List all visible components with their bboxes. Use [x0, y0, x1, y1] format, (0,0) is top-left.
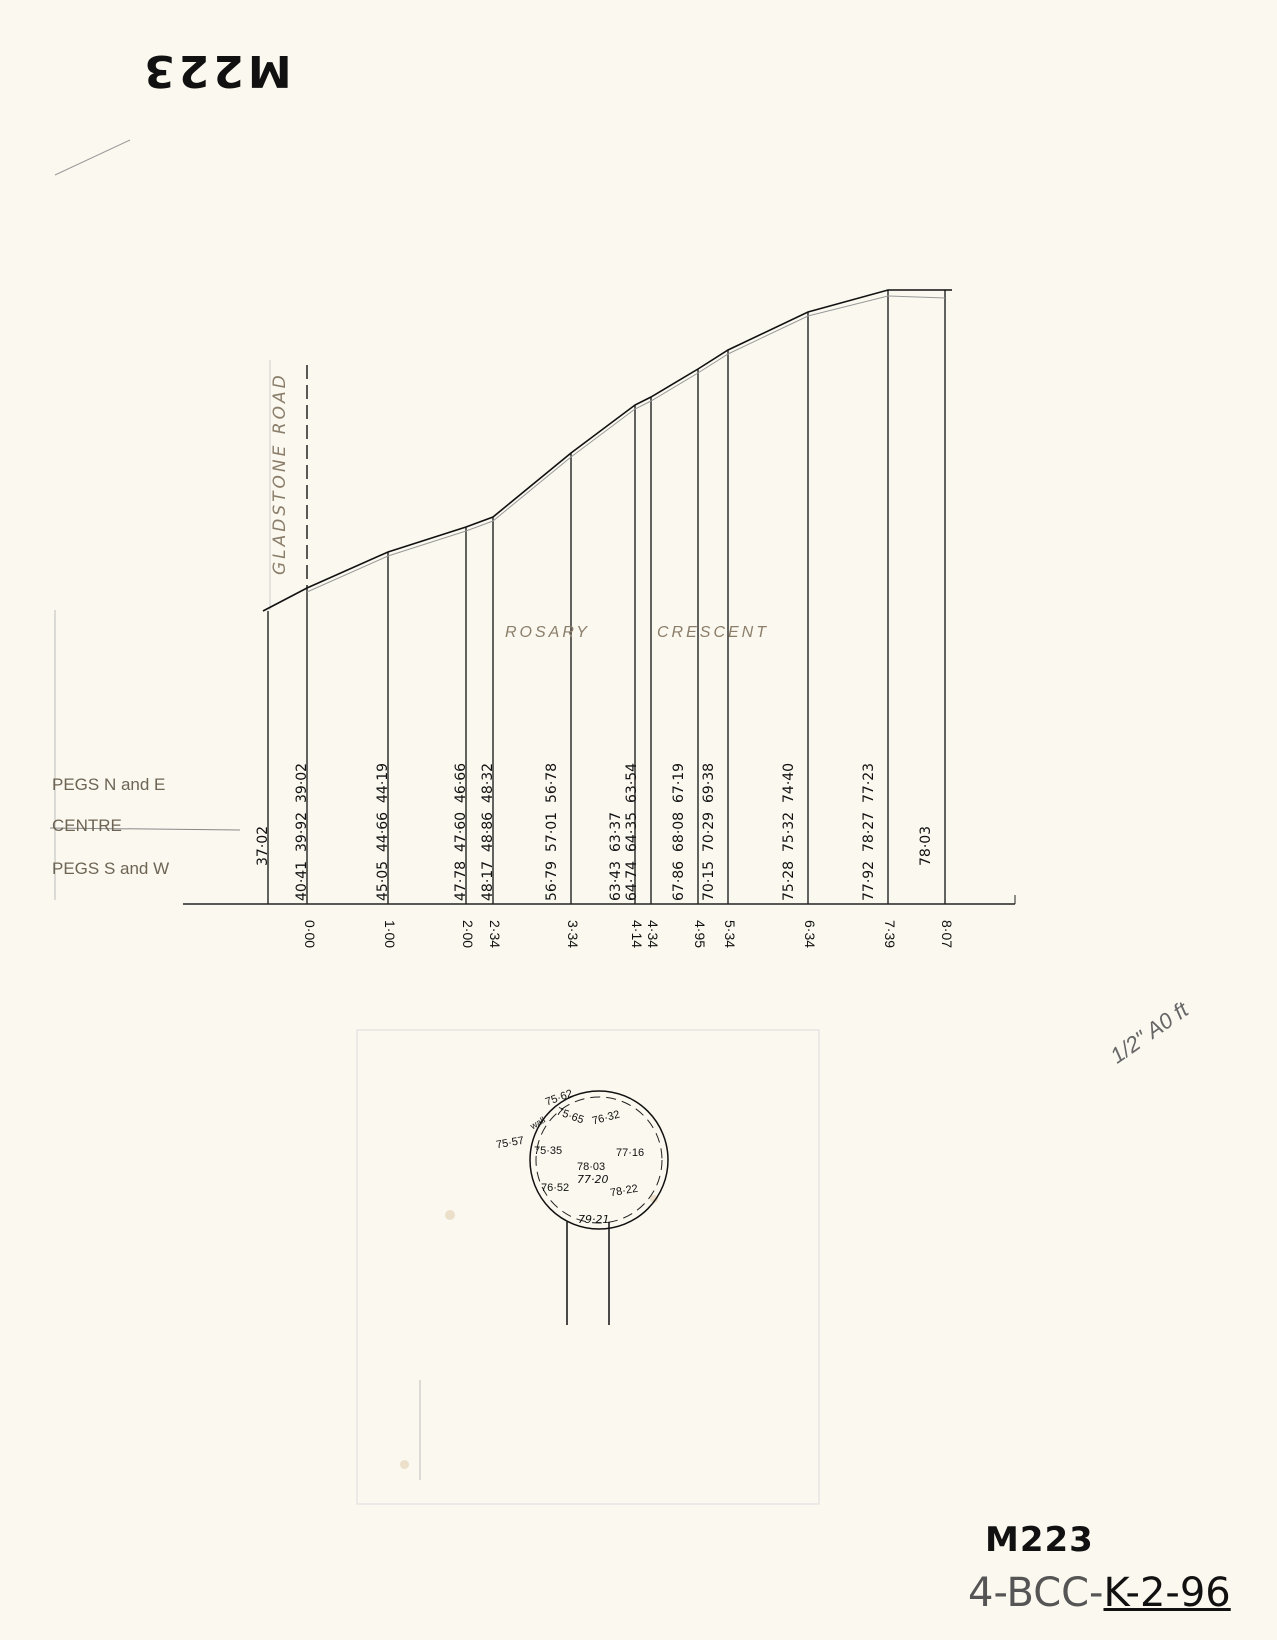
circle-level: 77·16: [616, 1147, 644, 1159]
ordinate-levels: 40·41 39·92 39·02: [294, 763, 310, 901]
level-pegs-ne: 67·19: [671, 763, 687, 803]
level-centre: 70·29: [701, 812, 717, 852]
level-pegs-ne: 56·78: [544, 763, 560, 803]
level-pegs-ne: 74·40: [781, 763, 797, 803]
ordinate-levels: 70·15 70·29 69·38: [701, 763, 717, 901]
street-label-crescent: CRESCENT: [657, 624, 769, 642]
level-pegs-sw: 47·78: [453, 861, 469, 901]
start-level: 37·02: [255, 826, 271, 866]
ordinate-levels: 67·86 68·08 67·19: [671, 763, 687, 901]
street-label-rosary: ROSARY: [505, 624, 590, 642]
level-pegs-ne: 46·66: [453, 763, 469, 803]
row-label-pegs-ne: PEGS N and E: [52, 775, 165, 795]
chainage-label: 8·07: [939, 920, 955, 948]
level-pegs-ne: 48·32: [480, 763, 496, 803]
level-centre: 44·66: [375, 812, 391, 852]
level-pegs-sw: 45·05: [375, 861, 391, 901]
level-pegs-sw: 75·28: [781, 861, 797, 901]
chainage-label: 1·00: [382, 920, 398, 948]
level-pegs-sw: 70·15: [701, 861, 717, 901]
ordinate-levels: 56·79 57·01 56·78: [544, 763, 560, 901]
reference-code-prefix: 4-BCC-: [968, 1570, 1104, 1616]
chainage-label: 5·34: [722, 920, 738, 948]
road-label-gladstone: GLADSTONE ROAD: [270, 372, 290, 575]
chainage-label: 2·00: [460, 920, 476, 948]
level-pegs-sw: 56·79: [544, 861, 560, 901]
circle-level: 75·35: [534, 1145, 562, 1157]
level-pegs-ne: 63·54: [624, 763, 640, 803]
level-centre: 78·03: [918, 826, 934, 866]
circle-level: 79·21: [578, 1213, 610, 1226]
row-label-centre: CENTRE: [52, 816, 122, 836]
chainage-label: 6·34: [802, 920, 818, 948]
level-centre: 47·60: [453, 812, 469, 852]
chainage-label: 4·95: [692, 920, 708, 948]
chainage-label: 0·00: [302, 920, 318, 948]
level-pegs-ne: 69·38: [701, 763, 717, 803]
level-centre: 68·08: [671, 812, 687, 852]
level-pegs-sw: 64·74: [624, 861, 640, 901]
level-pegs-ne: 44·19: [375, 763, 391, 803]
level-centre: 75·32: [781, 812, 797, 852]
reference-code: 4-BCC-K-2-96: [968, 1570, 1231, 1616]
circle-level: 78·03: [577, 1161, 605, 1173]
chainage-label: 4·14: [629, 920, 645, 948]
level-centre: 48·86: [480, 812, 496, 852]
level-pegs-ne: 39·02: [294, 763, 310, 803]
chainage-label: 7·39: [882, 920, 898, 948]
ordinate-levels: 78·03: [918, 826, 934, 866]
level-pegs-sw: 67·86: [671, 861, 687, 901]
ordinate-levels: 45·05 44·66 44·19: [375, 763, 391, 901]
circle-level: 76·52: [541, 1182, 569, 1194]
level-pegs-sw: 77·92: [861, 861, 877, 901]
level-centre: 64·35: [624, 812, 640, 852]
level-centre: 78·27: [861, 812, 877, 852]
ordinate-levels: 64·74 64·35 63·54: [624, 763, 640, 901]
level-centre: 39·92: [294, 812, 310, 852]
ordinate-levels: 48·17 48·86 48·32: [480, 763, 496, 901]
ordinate-levels: 77·92 78·27 77·23: [861, 763, 877, 901]
level-centre: 63·37: [608, 812, 624, 852]
ordinate-levels: 47·78 47·60 46·66: [453, 763, 469, 901]
chainage-label: 2·34: [487, 920, 503, 948]
chainage-label: 3·34: [565, 920, 581, 948]
ordinate-levels: 75·28 75·32 74·40: [781, 763, 797, 901]
level-centre: 57·01: [544, 812, 560, 852]
drawing-number: M223: [985, 1520, 1094, 1560]
level-pegs-ne: 77·23: [861, 763, 877, 803]
level-pegs-sw: 48·17: [480, 861, 496, 901]
row-label-pegs-sw: PEGS S and W: [52, 859, 169, 879]
chainage-label: 4·34: [645, 920, 661, 948]
reference-code-suffix: K-2-96: [1104, 1570, 1231, 1616]
ordinate-levels: 63·43 63·37: [608, 812, 624, 901]
circle-level: 77·20: [577, 1173, 609, 1186]
level-pegs-sw: 40·41: [294, 861, 310, 901]
level-pegs-sw: 63·43: [608, 861, 624, 901]
